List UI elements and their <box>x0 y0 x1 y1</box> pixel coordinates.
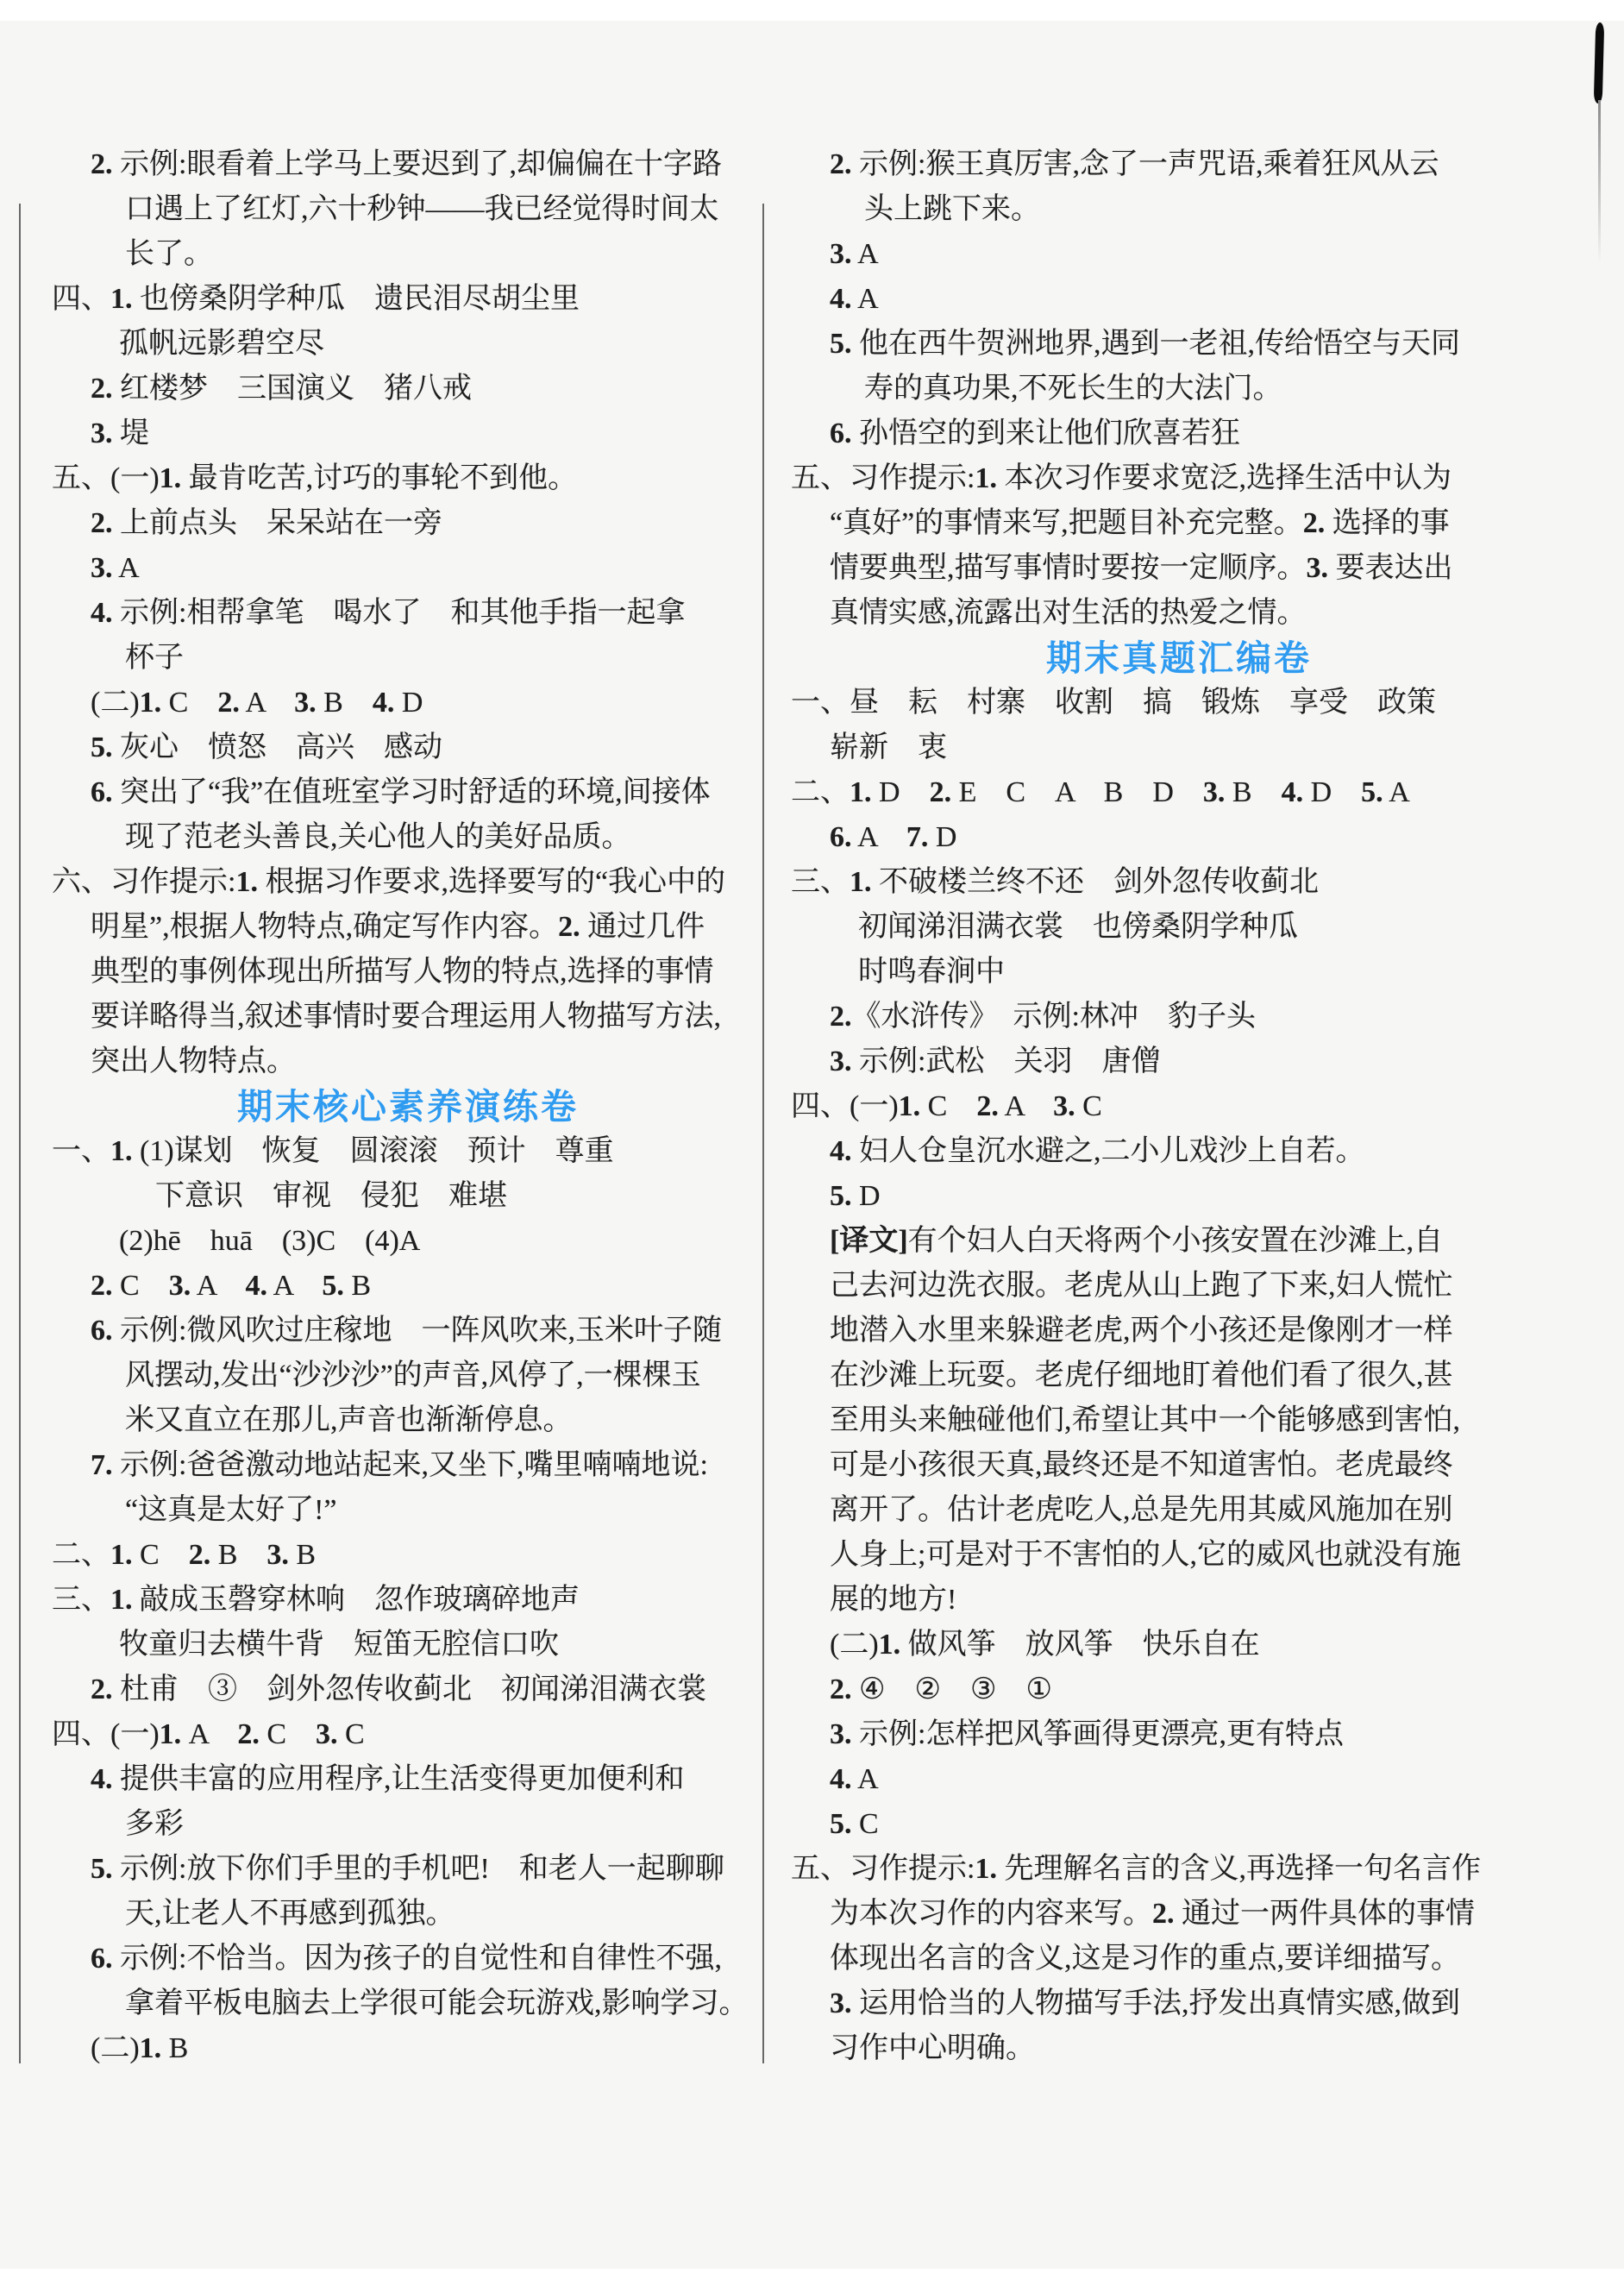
answer-text-line: 一、1. (1)谋划 恢复 圆滚滚 预计 尊重 <box>52 1129 764 1174</box>
answer-text-line: 2. 杜甫 ③ 剑外忽传收蓟北 初闻涕泪满衣裳 <box>52 1667 764 1712</box>
answer-text-line: 口遇上了红灯,六十秒钟——我已经觉得时间太 <box>52 187 764 232</box>
answer-text-line: 6. A 7. D <box>791 815 1567 860</box>
answer-text-line: 天,让老人不再感到孤独。 <box>52 1892 764 1937</box>
answer-text-line: 三、1. 不破楼兰终不还 剑外忽传收蓟北 <box>791 860 1567 905</box>
answer-text-line: 2. C 3. A 4. A 5. B <box>52 1264 764 1309</box>
exam-section-heading: 期末真题汇编卷 <box>791 636 1567 681</box>
answer-text-line: 6. 孙悟空的到来让他们欣喜若狂 <box>791 411 1567 456</box>
answer-text-line: 情要典型,描写事情时要按一定顺序。3. 要表达出 <box>791 546 1567 591</box>
answer-text-line: 长了。 <box>52 232 764 277</box>
answer-text-line: 头上跳下来。 <box>791 187 1567 232</box>
answer-text-line: 己去河边洗衣服。老虎从山上跑了下来,妇人慌忙 <box>791 1264 1567 1309</box>
answer-text-line: 要详略得当,叙述事情时要合理运用人物描写方法, <box>52 995 764 1039</box>
answer-text-line: 3. A <box>52 546 764 591</box>
answer-text-line: 3. 示例:武松 关羽 唐僧 <box>791 1039 1567 1084</box>
answer-text-line: 2.《水浒传》 示例:林冲 豹子头 <box>791 995 1567 1039</box>
answer-text-line: 杯子 <box>52 636 764 681</box>
answer-text-line: 3. 堤 <box>52 411 764 456</box>
answer-text-line: 牧童归去横牛背 短笛无腔信口吹 <box>52 1623 764 1667</box>
answer-text-line: 风摆动,发出“沙沙沙”的声音,风停了,一棵棵玉 <box>52 1353 764 1398</box>
answer-text-line: 6. 突出了“我”在值班室学习时舒适的环境,间接体 <box>52 770 764 815</box>
answer-text-line: 寿的真功果,不死长生的大法门。 <box>791 367 1567 411</box>
answer-text-line: 三、1. 敲成玉磬穿林响 忽作玻璃碎地声 <box>52 1578 764 1623</box>
answer-text-line: 可是小孩很天真,最终还是不知道害怕。老虎最终 <box>791 1443 1567 1488</box>
answer-text-line: (2)hē huā (3)C (4)A <box>52 1219 764 1264</box>
answer-text-line: 典型的事例体现出所描写人物的特点,选择的事情 <box>52 950 764 995</box>
answer-text-line: “这真是太好了!” <box>52 1488 764 1533</box>
answer-text-line: 为本次习作的内容来写。2. 通过一两件具体的事情 <box>791 1892 1567 1937</box>
answer-text-line: 7. 示例:爸爸激动地站起来,又坐下,嘴里喃喃地说: <box>52 1443 764 1488</box>
answer-text-line: 3. 示例:怎样把风筝画得更漂亮,更有特点 <box>791 1712 1567 1757</box>
answer-text-line: 人身上;可是对于不害怕的人,它的威风也就没有施 <box>791 1533 1567 1578</box>
answer-text-line: 体现出名言的含义,这是习作的重点,要详细描写。 <box>791 1937 1567 1981</box>
left-border-line <box>19 204 21 2063</box>
answer-text-line: 二、1. D 2. E C A B D 3. B 4. D 5. A <box>791 770 1567 815</box>
answer-text-line: 明星”,根据人物特点,确定写作内容。2. 通过几件 <box>52 905 764 950</box>
answers-column-right: 2. 示例:猴王真厉害,念了一声咒语,乘着狂风从云头上跳下来。3. A4. A5… <box>791 142 1567 2071</box>
answer-text-line: “真好”的事情来写,把题目补充完整。2. 选择的事 <box>791 501 1567 546</box>
answer-text-line: 展的地方! <box>791 1578 1567 1623</box>
answer-text-line: (二)1. C 2. A 3. B 4. D <box>52 681 764 725</box>
answer-text-line: 现了范老头善良,关心他人的美好品质。 <box>52 815 764 860</box>
answer-text-line: 真情实感,流露出对生活的热爱之情。 <box>791 591 1567 636</box>
answer-text-line: 四、(一)1. C 2. A 3. C <box>791 1084 1567 1129</box>
answer-text-line: [译文]有个妇人白天将两个小孩安置在沙滩上,自 <box>791 1219 1567 1264</box>
answer-text-line: 突出人物特点。 <box>52 1039 764 1084</box>
answers-column-left: 2. 示例:眼看着上学马上要迟到了,却偏偏在十字路口遇上了红灯,六十秒钟——我已… <box>52 142 764 2071</box>
answer-text-line: 4. 妇人仓皇沉水避之,二小儿戏沙上自若。 <box>791 1129 1567 1174</box>
answer-text-line: 5. 灰心 愤怒 高兴 感动 <box>52 725 764 770</box>
answer-text-line: 初闻涕泪满衣裳 也傍桑阴学种瓜 <box>791 905 1567 950</box>
answer-text-line: 6. 示例:不恰当。因为孩子的自觉性和自律性不强, <box>52 1937 764 1981</box>
answer-text-line: 3. A <box>791 232 1567 277</box>
answer-text-line: 2. 示例:猴王真厉害,念了一声咒语,乘着狂风从云 <box>791 142 1567 187</box>
scanned-answer-page: { "page": { "kind": "textbook-answer-key… <box>0 0 1624 2292</box>
answer-text-line: 2. 红楼梦 三国演义 猪八戒 <box>52 367 764 411</box>
answer-text-line: (二)1. 做风筝 放风筝 快乐自在 <box>791 1623 1567 1667</box>
answer-text-line: 2. ④ ② ③ ① <box>791 1667 1567 1712</box>
answer-text-line: 六、习作提示:1. 根据习作要求,选择要写的“我心中的 <box>52 860 764 905</box>
answer-text-line: 拿着平板电脑去上学很可能会玩游戏,影响学习。 <box>52 1981 764 2026</box>
answer-text-line: 四、(一)1. A 2. C 3. C <box>52 1712 764 1757</box>
answer-text-line: 米又直立在那儿,声音也渐渐停息。 <box>52 1398 764 1443</box>
answer-text-line: 五、习作提示:1. 本次习作要求宽泛,选择生活中认为 <box>791 456 1567 501</box>
answer-text-line: 时鸣春涧中 <box>791 950 1567 995</box>
answer-text-line: 孤帆远影碧空尽 <box>52 322 764 367</box>
answer-text-line: 五、(一)1. 最肯吃苦,讨巧的事轮不到他。 <box>52 456 764 501</box>
answer-text-line: 2. 示例:眼看着上学马上要迟到了,却偏偏在十字路 <box>52 142 764 187</box>
answer-text-line: 在沙滩上玩耍。老虎仔细地盯着他们看了很久,甚 <box>791 1353 1567 1398</box>
answer-text-line: 下意识 审视 侵犯 难堪 <box>52 1174 764 1219</box>
answer-text-line: 至用头来触碰他们,希望让其中一个能够感到害怕, <box>791 1398 1567 1443</box>
answer-text-line: 离开了。估计老虎吃人,总是先用其威风施加在别 <box>791 1488 1567 1533</box>
answer-text-line: 崭新 衷 <box>791 725 1567 770</box>
answer-text-line: 二、1. C 2. B 3. B <box>52 1533 764 1578</box>
answer-text-line: 6. 示例:微风吹过庄稼地 一阵风吹来,玉米叶子随 <box>52 1309 764 1353</box>
answer-text-line: 习作中心明确。 <box>791 2026 1567 2071</box>
answer-text-line: 四、1. 也傍桑阴学种瓜 遗民泪尽胡尘里 <box>52 277 764 322</box>
answer-text-line: 5. 他在西牛贺洲地界,遇到一老祖,传给悟空与天同 <box>791 322 1567 367</box>
answer-text-line: 4. 提供丰富的应用程序,让生活变得更加便利和 <box>52 1757 764 1802</box>
answer-text-line: 4. A <box>791 277 1567 322</box>
answer-text-line: 五、习作提示:1. 先理解名言的含义,再选择一句名言作 <box>791 1847 1567 1892</box>
answer-text-line: 3. 运用恰当的人物描写手法,抒发出真情实感,做到 <box>791 1981 1567 2026</box>
scan-artifact-tail <box>1598 100 1601 264</box>
answer-text-line: 4. A <box>791 1757 1567 1802</box>
answer-text-line: 4. 示例:相帮拿笔 喝水了 和其他手指一起拿 <box>52 591 764 636</box>
answer-text-line: 5. 示例:放下你们手里的手机吧! 和老人一起聊聊 <box>52 1847 764 1892</box>
answer-text-line: 多彩 <box>52 1802 764 1847</box>
answer-text-line: 5. D <box>791 1174 1567 1219</box>
answer-text-line: 2. 上前点头 呆呆站在一旁 <box>52 501 764 546</box>
answer-text-line: (二)1. B <box>52 2026 764 2071</box>
exam-section-heading: 期末核心素养演练卷 <box>52 1084 764 1129</box>
answer-text-line: 地潜入水里来躲避老虎,两个小孩还是像刚才一样 <box>791 1309 1567 1353</box>
answer-text-line: 一、昼 耘 村寨 收割 搞 锻炼 享受 政策 <box>791 681 1567 725</box>
answer-text-line: 5. C <box>791 1802 1567 1847</box>
